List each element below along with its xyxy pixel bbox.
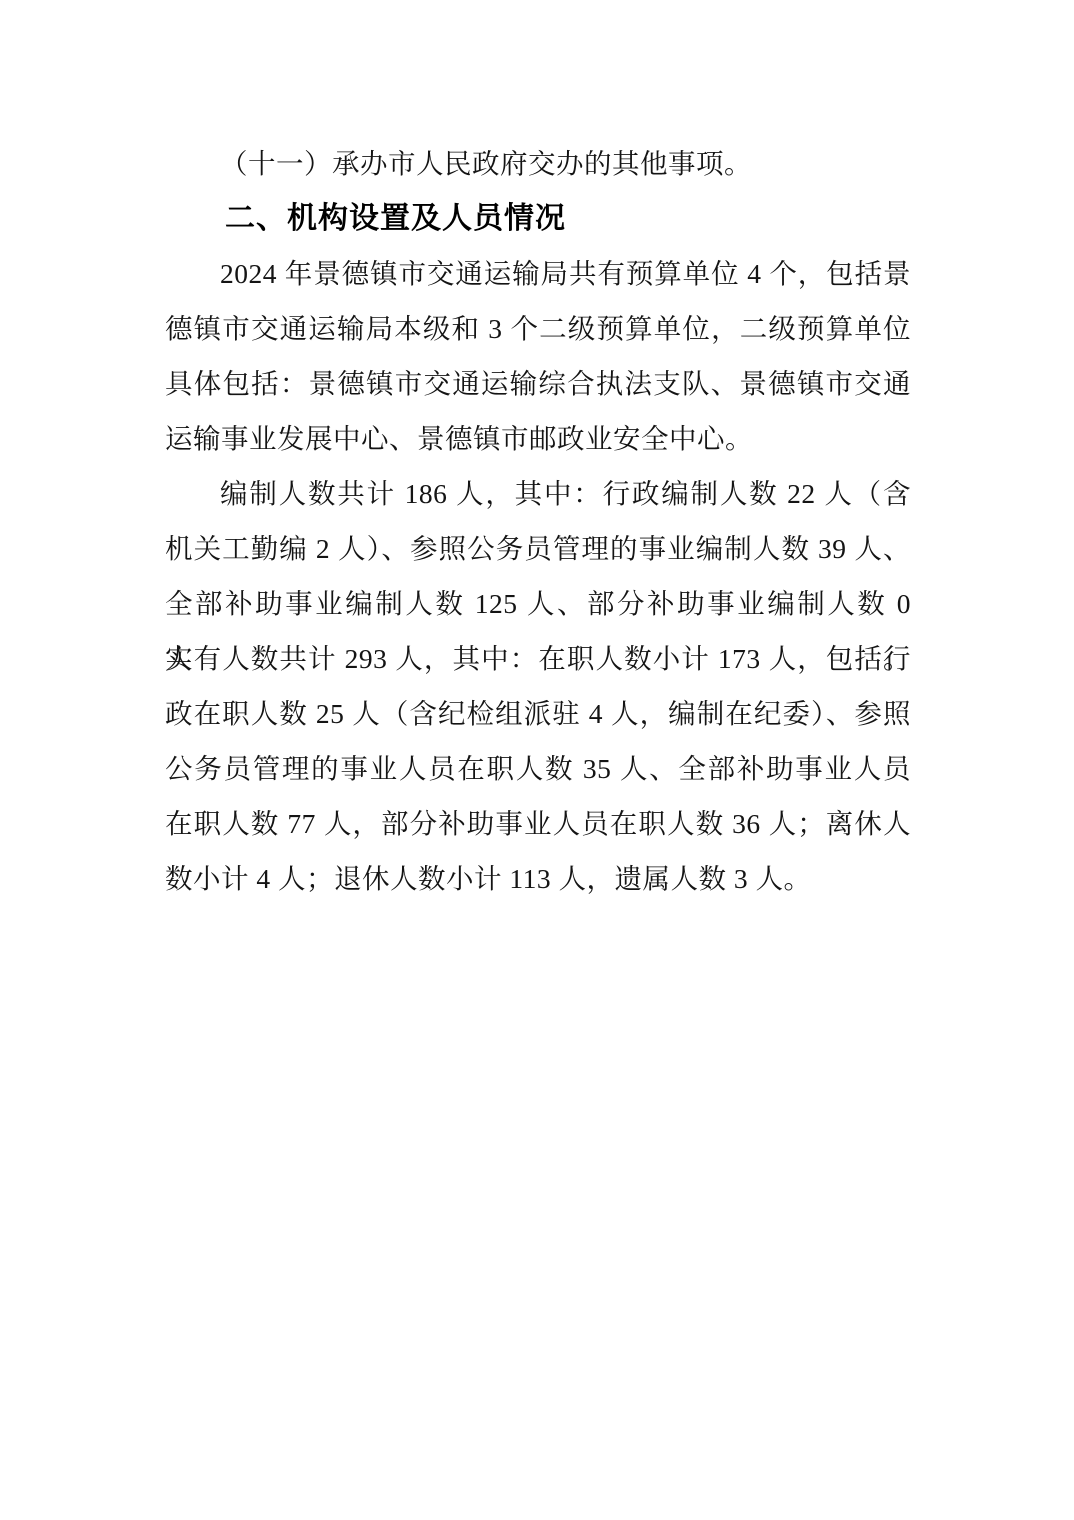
text-line: 德镇市交通运输局本级和 3 个二级预算单位，二级预算单位 <box>165 301 911 356</box>
text-line: 2024 年景德镇市交通运输局共有预算单位 4 个，包括景 <box>165 246 911 301</box>
document-page: （十一）承办市人民政府交办的其他事项。二、机构设置及人员情况2024 年景德镇市… <box>0 0 1074 1520</box>
text-line: 数小计 4 人；退休人数小计 113 人，遗属人数 3 人。 <box>165 851 911 906</box>
document-body: （十一）承办市人民政府交办的其他事项。二、机构设置及人员情况2024 年景德镇市… <box>165 136 911 906</box>
section-heading: 二、机构设置及人员情况 <box>165 191 911 246</box>
text-line: 运输事业发展中心、景德镇市邮政业安全中心。 <box>165 411 911 466</box>
text-line: 机关工勤编 2 人）、参照公务员管理的事业编制人数 39 人、 <box>165 521 911 576</box>
text-line: 公务员管理的事业人员在职人数 35 人、全部补助事业人员 <box>165 741 911 796</box>
text-line: 在职人数 77 人，部分补助事业人员在职人数 36 人；离休人 <box>165 796 911 851</box>
text-line: （十一）承办市人民政府交办的其他事项。 <box>165 136 911 191</box>
text-line: 实有人数共计 293 人，其中：在职人数小计 173 人，包括行 <box>165 631 911 686</box>
text-line: 具体包括：景德镇市交通运输综合执法支队、景德镇市交通 <box>165 356 911 411</box>
text-line: 政在职人数 25 人（含纪检组派驻 4 人，编制在纪委）、参照 <box>165 686 911 741</box>
text-line: 编制人数共计 186 人，其中：行政编制人数 22 人（含 <box>165 466 911 521</box>
text-line: 全部补助事业编制人数 125 人、部分补助事业编制人数 0 人。 <box>165 576 911 631</box>
